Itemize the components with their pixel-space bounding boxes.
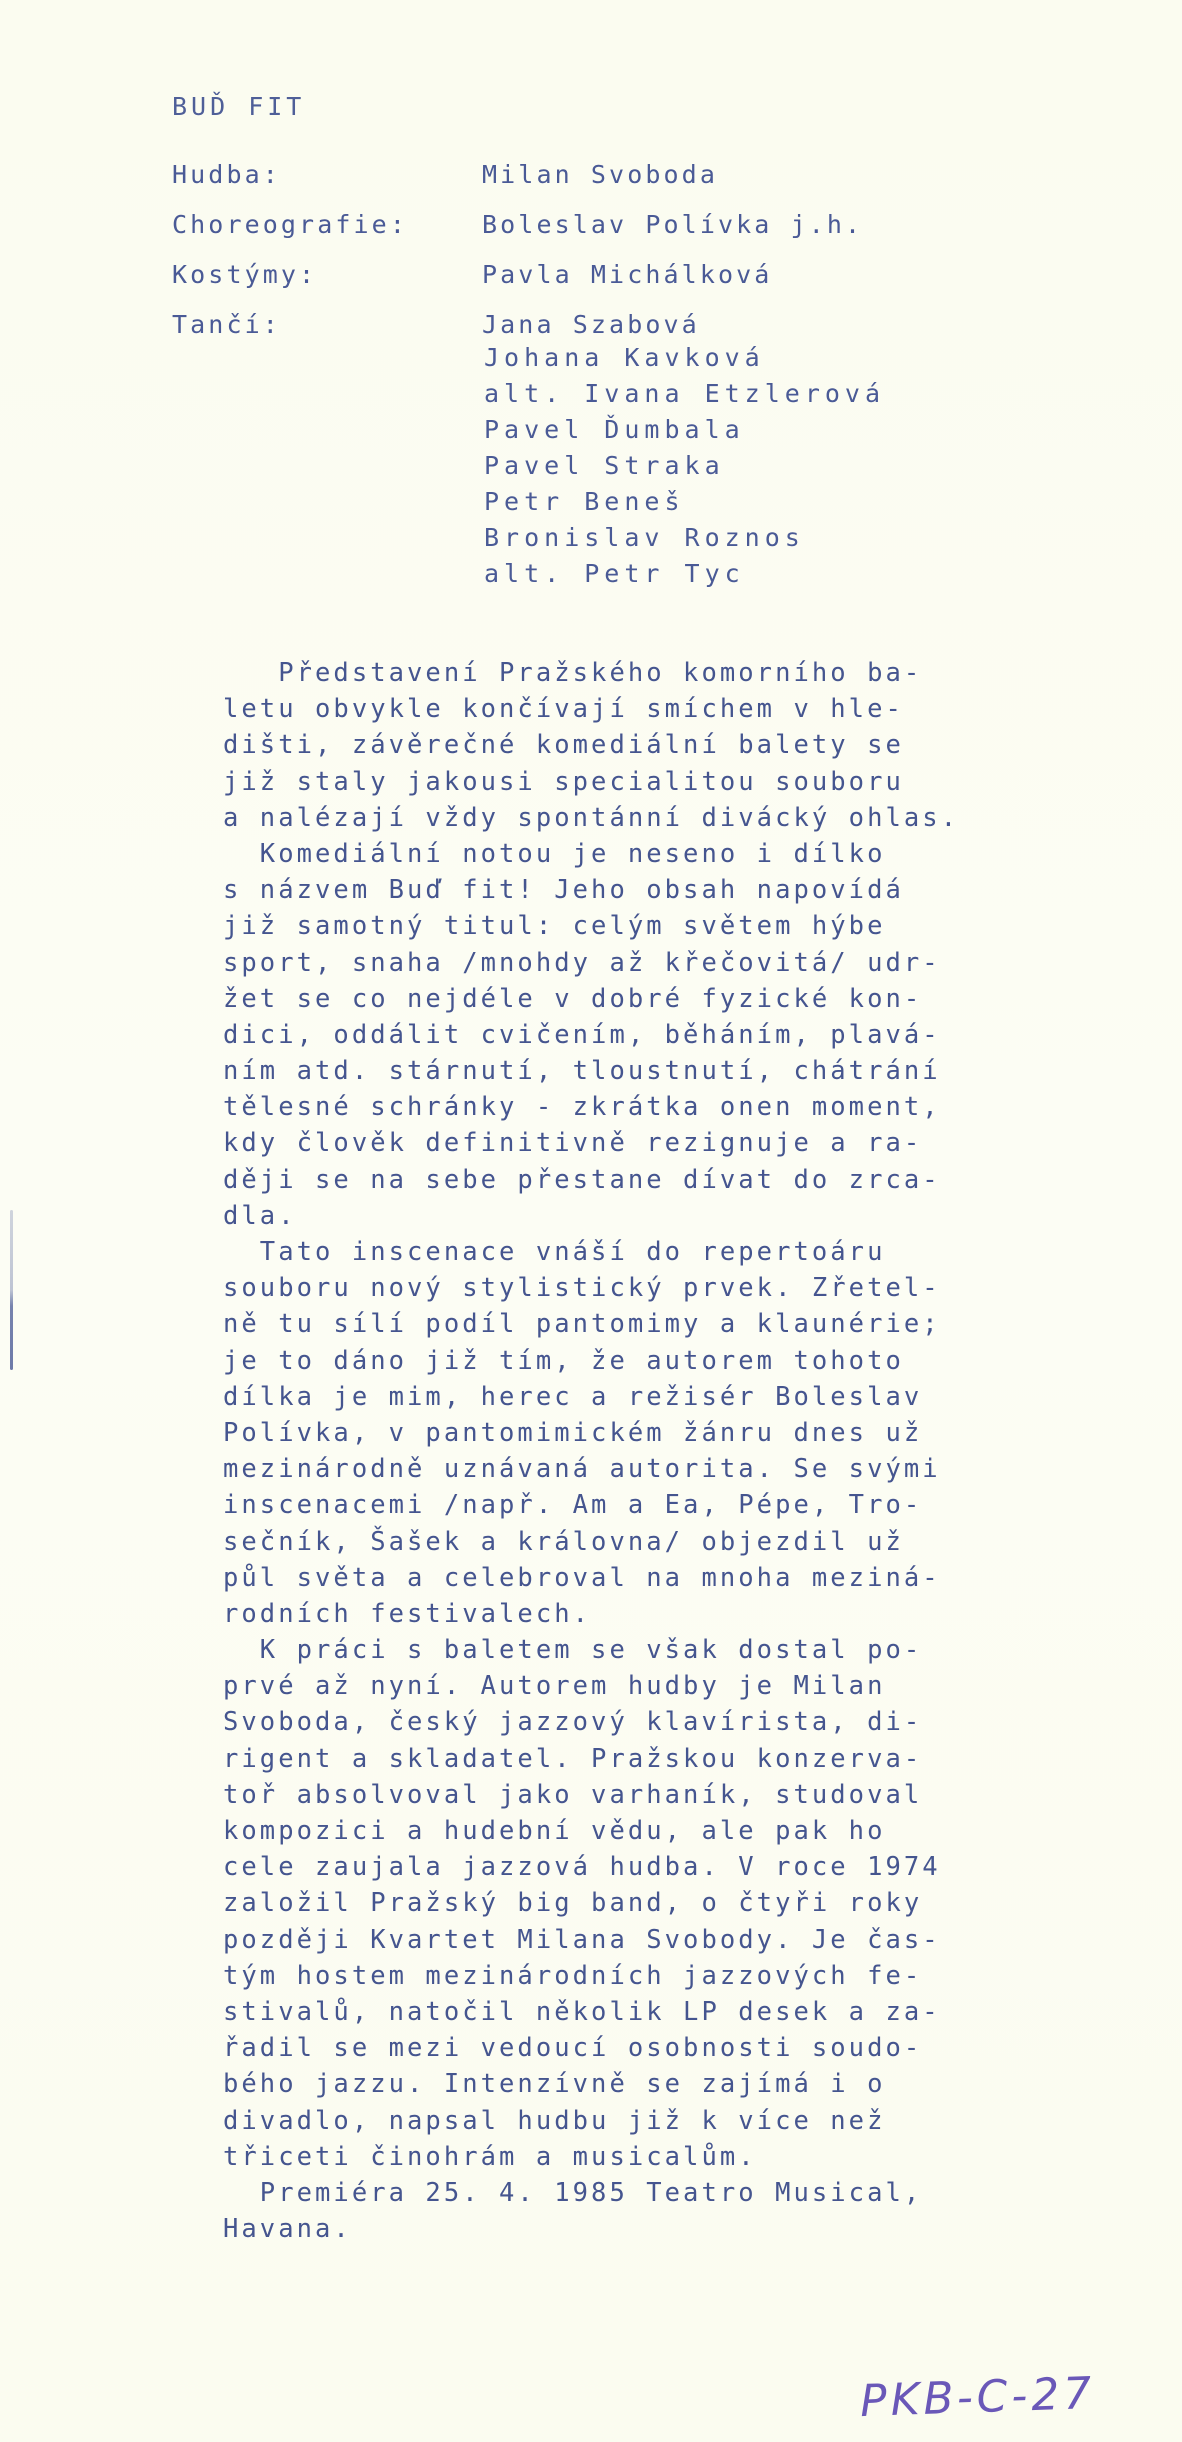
text-line: půl světa a celebroval na mnoha meziná-: [223, 1560, 959, 1596]
text-line: je to dáno již tím, že autorem tohoto: [223, 1343, 959, 1379]
text-line: ději se na sebe přestane dívat do zrca-: [223, 1162, 959, 1198]
text-line: již staly jakousi specialitou souboru: [223, 764, 959, 800]
text-line: kompozici a hudební vědu, ale pak ho: [223, 1813, 959, 1849]
text-line: dici, oddálit cvičením, běháním, plavá-: [223, 1017, 959, 1053]
text-line: divadlo, napsal hudbu již k více než: [223, 2103, 959, 2139]
text-line: bého jazzu. Intenzívně se zajímá i o: [223, 2066, 959, 2102]
text-line: již samotný titul: celým světem hýbe: [223, 908, 959, 944]
text-line: cele zaujala jazzová hudba. V roce 1974: [223, 1849, 959, 1885]
dancer-name: Pavel Ďumbala: [484, 412, 885, 448]
dancer-name: alt. Petr Tyc: [484, 556, 885, 592]
credit-row-music: Hudba: Milan Svoboda: [172, 160, 863, 210]
dancer-name: Johana Kavková: [484, 340, 885, 376]
text-line: letu obvykle končívají smíchem v hle-: [223, 691, 959, 727]
credit-row-costumes: Kostýmy: Pavla Michálková: [172, 260, 863, 310]
text-line: s názvem Buď fit! Jeho obsah napovídá: [223, 872, 959, 908]
text-line: Polívka, v pantomimickém žánru dnes už: [223, 1415, 959, 1451]
credit-value: Boleslav Polívka j.h.: [482, 210, 863, 239]
text-line: a nalézají vždy spontánní divácký ohlas.: [223, 800, 959, 836]
document-title: BUĎ FIT: [172, 92, 305, 121]
text-line: řadil se mezi vedoucí osobnosti soudo-: [223, 2030, 959, 2066]
text-line: mezinárodně uznávaná autorita. Se svými: [223, 1451, 959, 1487]
dancer-name: alt. Ivana Etzlerová: [484, 376, 885, 412]
credit-label: Choreografie:: [172, 210, 482, 239]
text-line: souboru nový stylistický prvek. Zřetel-: [223, 1270, 959, 1306]
credit-value: Jana Szabová: [482, 310, 700, 339]
credit-label: Tančí:: [172, 310, 482, 339]
text-line: ně tu sílí podíl pantomimy a klaunérie;: [223, 1306, 959, 1342]
text-line: K práci s baletem se však dostal po-: [223, 1632, 959, 1668]
text-line: tělesné schránky - zkrátka onen moment,: [223, 1089, 959, 1125]
text-line: stivalů, natočil několik LP desek a za-: [223, 1994, 959, 2030]
dancer-name: Bronislav Roznos: [484, 520, 885, 556]
text-line: dla.: [223, 1198, 959, 1234]
text-line: prvé až nyní. Autorem hudby je Milan: [223, 1668, 959, 1704]
text-line: žet se co nejdéle v dobré fyzické kon-: [223, 981, 959, 1017]
text-line: dišti, závěrečné komediální balety se: [223, 727, 959, 763]
text-line: později Kvartet Milana Svobody. Je čas-: [223, 1922, 959, 1958]
text-line: Představení Pražského komorního ba-: [223, 655, 959, 691]
credits-block: Hudba: Milan Svoboda Choreografie: Boles…: [172, 160, 863, 360]
text-line: rigent a skladatel. Pražskou konzerva-: [223, 1741, 959, 1777]
text-line: toř absolvoval jako varhaník, studoval: [223, 1777, 959, 1813]
dancer-name: Petr Beneš: [484, 484, 885, 520]
text-line: založil Pražský big band, o čtyři roky: [223, 1885, 959, 1921]
document-page: BUĎ FIT Hudba: Milan Svoboda Choreografi…: [0, 0, 1182, 2442]
text-line: rodních festivalech.: [223, 1596, 959, 1632]
text-line: Tato inscenace vnáší do repertoáru: [223, 1234, 959, 1270]
text-line: Premiéra 25. 4. 1985 Teatro Musical,: [223, 2175, 959, 2211]
credit-row-choreography: Choreografie: Boleslav Polívka j.h.: [172, 210, 863, 260]
margin-mark: [10, 1210, 13, 1370]
body-text: Představení Pražského komorního ba-letu …: [223, 655, 959, 2247]
text-line: kdy člověk definitivně rezignuje a ra-: [223, 1125, 959, 1161]
text-line: dílka je mim, herec a režisér Boleslav: [223, 1379, 959, 1415]
text-line: sečník, Šašek a královna/ objezdil už: [223, 1524, 959, 1560]
text-line: Komediální notou je neseno i dílko: [223, 836, 959, 872]
text-line: Svoboda, český jazzový klavírista, di-: [223, 1704, 959, 1740]
credit-label: Kostýmy:: [172, 260, 482, 289]
dancer-list: Johana Kavkováalt. Ivana EtzlerováPavel …: [484, 340, 885, 592]
credit-value: Milan Svoboda: [482, 160, 718, 189]
text-line: třiceti činohrám a musicalům.: [223, 2139, 959, 2175]
text-line: tým hostem mezinárodních jazzových fe-: [223, 1958, 959, 1994]
credit-value: Pavla Michálková: [482, 260, 772, 289]
text-line: inscenacemi /např. Am a Ea, Pépe, Tro-: [223, 1487, 959, 1523]
text-line: sport, snaha /mnohdy až křečovitá/ udr-: [223, 945, 959, 981]
text-line: ním atd. stárnutí, tloustnutí, chátrání: [223, 1053, 959, 1089]
dancer-name: Pavel Straka: [484, 448, 885, 484]
handwritten-annotation: PKB-C-27: [859, 2368, 1096, 2427]
text-line: Havana.: [223, 2211, 959, 2247]
credit-label: Hudba:: [172, 160, 482, 189]
